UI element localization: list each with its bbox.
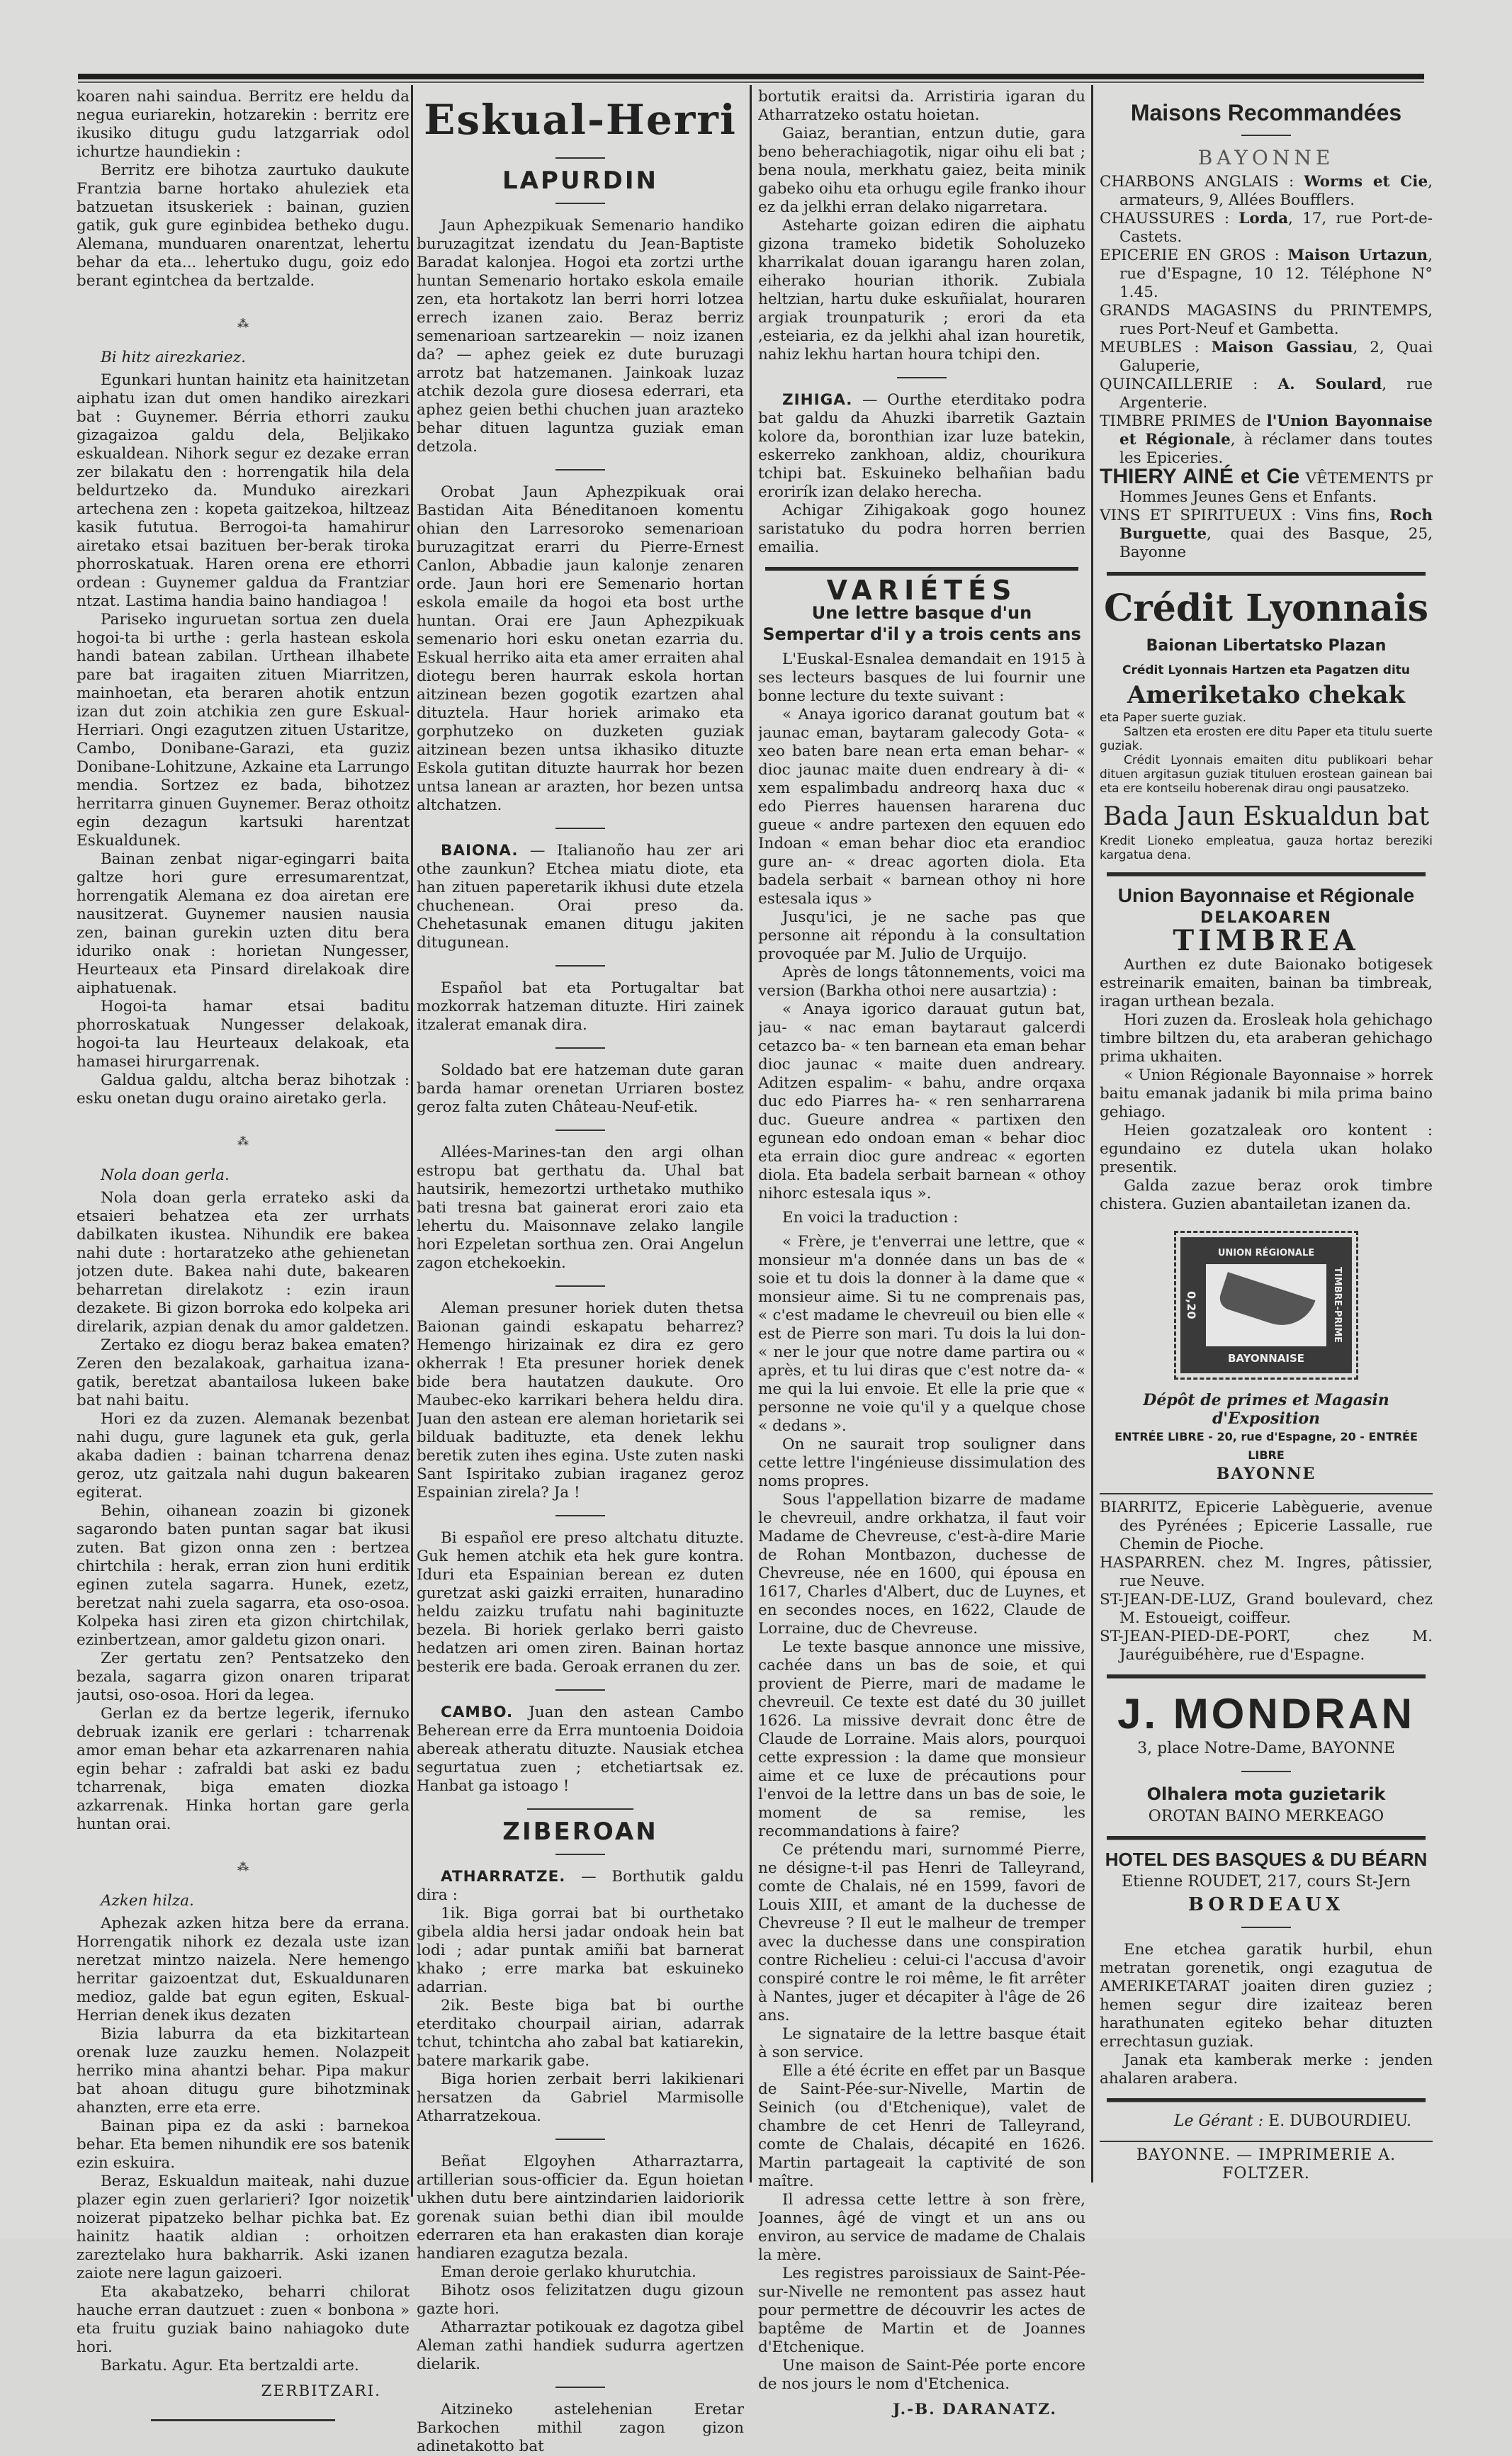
stamp-illustration: UNION RÉGIONALE 0,20 TIMBRE-PRIME BAYONN…	[1174, 1231, 1358, 1380]
listings: CHARBONS ANGLAIS : Worms et Cie, armateu…	[1100, 173, 1433, 468]
paragraph: Achigar Zihigakoak gogo hounez saristatu…	[758, 502, 1085, 557]
article-title: Une lettre basque d'un Sempertar d'il y …	[758, 602, 1085, 645]
paragraph: Aphezak azken hitza bere da errana. Horr…	[77, 1915, 410, 2025]
paragraph: Le signataire de la lettre basque était …	[758, 2025, 1085, 2062]
divider	[555, 828, 605, 829]
column-4-ads: Maisons Recommandées BAYONNE CHARBONS AN…	[1100, 88, 1433, 2183]
quote: « Anaya igorico darauat gutun bat, jau- …	[758, 1001, 1085, 1203]
section-heading: ZIBEROAN	[417, 1823, 744, 1841]
quote: « Anaya igorico daranat goutum bat « jau…	[758, 706, 1085, 908]
town-listing: HASPARREN. chez M. Ingres, pâtissier, ru…	[1100, 1554, 1433, 1591]
paragraph: koaren nahi saindua. Berritz ere heldu d…	[77, 88, 410, 162]
union-title: Union Bayonnaise et Régionale	[1100, 886, 1433, 905]
paragraph: BAIONA. — Italianoño hau zer ari othe za…	[417, 842, 744, 952]
paragraph: Soldado bat ere hatzeman dute garan bard…	[417, 1061, 744, 1117]
listing-item: CHAUSSURES : Lorda, 17, rue Port-de-Cast…	[1100, 210, 1433, 247]
printer-line: BAYONNE. — IMPRIMERIE A. FOLTZER.	[1100, 2146, 1433, 2183]
paragraph: Asteharte goizan ediren die aiphatu gizo…	[758, 217, 1085, 364]
paragraph: Elle a été écrite en effet par un Basque…	[758, 2062, 1085, 2191]
paragraph: Beñat Elgoyhen Atharraztarra, artilleria…	[417, 2153, 744, 2238]
paragraph: 2ik. Beste biga bat bi ourthe eterditako…	[417, 1997, 744, 2071]
column-3: bortutik eraitsi da. Arristiria igaran d…	[758, 88, 1085, 2238]
mondran-title: J. MONDRAN	[1100, 1689, 1433, 1740]
listing-thiery: THIERY AINÉ et Cie VÊTEMENTS pr Hommes J…	[1100, 468, 1433, 507]
paragraph: Zertako ez diogu beraz bakea ematen? Zer…	[77, 1336, 410, 1410]
paragraph: En voici la traduction :	[758, 1209, 1085, 1227]
paragraph: CAMBO. Juan den astean Cambo Beherean er…	[417, 1703, 744, 1796]
divider	[1241, 1927, 1291, 1928]
top-rule	[78, 74, 1424, 79]
paragraph: On ne saurait trop souligner dans cette …	[758, 1436, 1085, 1491]
divider	[555, 203, 605, 204]
section-heading: VARIÉTÉS	[758, 581, 1085, 599]
ad-address: Etienne ROUDET, 217, cours St-Jern	[1100, 1873, 1433, 1891]
paragraph: Jusqu'ici, je ne sache pas que personne …	[758, 908, 1085, 964]
ad-text: Hori zuzen da. Erosleak hola gehichago t…	[1100, 1011, 1433, 1066]
paragraph: Gerlan ez da bertze legerik, ifernuko de…	[77, 1705, 410, 1834]
stamp-top-text: UNION RÉGIONALE	[1206, 1244, 1326, 1263]
divider	[555, 1515, 605, 1516]
town-listing: ST-JEAN-PIED-DE-PORT, chez M. Jauréguibé…	[1100, 1628, 1433, 1664]
masthead-title: Eskual-Herri	[417, 95, 744, 145]
paragraph: Aleman presuner horiek duten thetsa Baio…	[417, 1300, 744, 1502]
paragraph: Biga horien zerbait berri lakikienari he…	[417, 2071, 744, 2126]
paragraph: Hogoi-ta hamar etsai baditu phorroskatua…	[77, 998, 410, 1071]
ad-text: eta Paper suerte guziak.	[1100, 711, 1433, 725]
divider	[1241, 1771, 1291, 1772]
ad-text: Kredit Lioneko empleatua, gauza hortaz b…	[1100, 834, 1433, 862]
paragraph: Jaun Aphezpikuak Semenario handiko buruz…	[417, 217, 744, 456]
ad-text: « Union Régionale Bayonnaise » horrek ba…	[1100, 1066, 1433, 1122]
city-heading: BAYONNE	[1100, 149, 1433, 167]
divider	[555, 1285, 605, 1287]
ad-text: Saltzen eta erosten ere ditu Paper eta t…	[1100, 725, 1433, 753]
town-listing: BIARRITZ, Epicerie Labèguerie, avenue de…	[1100, 1499, 1433, 1554]
paragraph: Nola doan gerla errateko aski da etsaier…	[77, 1189, 410, 1336]
ad-line: Crédit Lyonnais Hartzen eta Pagatzen dit…	[1100, 661, 1433, 680]
divider	[555, 157, 605, 159]
ad-headline: TIMBREA	[1100, 932, 1433, 950]
divider-ornament	[527, 1808, 633, 1810]
divider	[555, 1689, 605, 1691]
listing-item: CHARBONS ANGLAIS : Worms et Cie, armateu…	[1100, 173, 1433, 210]
listing-item: EPICERIE EN GROS : Maison Urtazun, rue d…	[1100, 247, 1433, 302]
paragraph: 1ik. Biga gorrai bat bi ourthetako gibel…	[417, 1905, 744, 1997]
ad-rule	[1107, 1836, 1426, 1840]
section-stars: ⁂	[77, 1858, 410, 1876]
paragraph: Ce prétendu mari, surnommé Pierre, ne dé…	[758, 1841, 1085, 2025]
credit-lyonnais-title: Crédit Lyonnais	[1100, 586, 1433, 631]
ad-rule	[1107, 572, 1426, 576]
ad-headline: Ameriketako chekak	[1100, 680, 1433, 711]
paragraph: ZIHIGA. — Ourthe eterditako podra bat ga…	[758, 391, 1085, 502]
column-2: Eskual-Herri LAPURDIN Jaun Aphezpikuak S…	[417, 88, 744, 2238]
column-rule	[750, 85, 752, 2182]
paragraph: Le texte basque annonce une missive, cac…	[758, 1638, 1085, 1841]
ad-text: Heien gozatzaleak oro kontent : egundain…	[1100, 1122, 1433, 1177]
ad-subtitle: Baionan Libertatsko Plazan	[1100, 637, 1433, 655]
ads-heading: Maisons Recommandées	[1100, 103, 1433, 122]
subheading: Azken hilza.	[101, 1892, 410, 1910]
ad-text: Galda zazue beraz orok timbre chistera. …	[1100, 1177, 1433, 1214]
subheading: Bi hitz airezkariez.	[101, 349, 410, 367]
divider	[555, 965, 605, 967]
column-rule	[411, 85, 413, 2197]
divider	[555, 1854, 605, 1855]
paragraph: Behin, oihanean zoazin bi gizonek sagaro…	[77, 1502, 410, 1650]
column-1: koaren nahi saindua. Berritz ere heldu d…	[77, 88, 410, 2238]
ad-text: Janak eta kamberak merke : jenden ahalar…	[1100, 2051, 1433, 2088]
section-stars: ⁂	[77, 315, 410, 333]
listing-item: TIMBRE PRIMES de l'Union Bayonnaise et R…	[1100, 412, 1433, 468]
ad-line: Olhalera mota guzietarik	[1100, 1785, 1433, 1803]
paragraph: Bi español ere preso altchatu dituzte. G…	[417, 1529, 744, 1677]
paragraph: bortutik eraitsi da. Arristiria igaran d…	[758, 88, 1085, 125]
newspaper-page: koaren nahi saindua. Berritz ere heldu d…	[0, 0, 1512, 2238]
paragraph: Bainan pipa ez da aski : barnekoa behar.…	[77, 2117, 410, 2173]
paragraph: Gaiaz, berantian, entzun dutie, gara ben…	[758, 125, 1085, 217]
divider	[1241, 135, 1291, 136]
dateline: ATHARRATZE.	[441, 1868, 565, 1886]
paragraph: Allées-Marines-tan den argi olhan estrop…	[417, 1144, 744, 1273]
gerant-line: Le Gérant : E. DUBOURDIEU.	[1100, 2112, 1411, 2131]
listing-item: QUINCAILLERIE : A. Soulard, rue Argenter…	[1100, 376, 1433, 412]
depot-city: BAYONNE	[1100, 1465, 1433, 1483]
ad-rule	[1107, 1674, 1426, 1679]
stamp-bottom-text: BAYONNAISE	[1206, 1349, 1326, 1368]
divider	[555, 469, 605, 471]
paragraph: Sous l'appellation bizarre de madame le …	[758, 1491, 1085, 1638]
stamp-side-text: TIMBRE-PRIME	[1332, 1266, 1346, 1345]
dateline: CAMBO.	[441, 1703, 513, 1721]
chistera-icon	[1217, 1272, 1315, 1334]
divider	[1100, 2141, 1433, 2142]
depot-line: Dépôt de primes et Magasin d'Exposition	[1100, 1391, 1433, 1428]
entree-line: ENTRÉE LIBRE - 20, rue d'Espagne, 20 - E…	[1100, 1428, 1433, 1465]
town-listing: ST-JEAN-DE-LUZ, Grand boulevard, chez M.…	[1100, 1591, 1433, 1628]
paragraph: Beraz, Eskualdun maiteak, nahi duzue pla…	[77, 2173, 410, 2238]
divider	[897, 377, 947, 378]
paragraph: Bizia laburra da eta bizkitartean orenak…	[77, 2025, 410, 2117]
paragraph: Egunkari huntan hainitz eta hainitzetan …	[77, 371, 410, 611]
section-stars: ⁂	[77, 1132, 410, 1151]
ad-text: Ene etchea garatik hurbil, ehun metratan…	[1100, 1941, 1433, 2051]
ad-rule	[1107, 2098, 1426, 2102]
paragraph: Bainan zenbat nigar-egingarri baita galt…	[77, 850, 410, 998]
divider	[555, 1047, 605, 1049]
ad-rule	[1107, 872, 1426, 877]
listing-item: GRANDS MAGASINS du PRINTEMPS, rues Port-…	[1100, 302, 1433, 339]
divider	[555, 2139, 605, 2140]
dateline: ZIHIGA.	[782, 391, 852, 409]
ad-city: BORDEAUX	[1100, 1895, 1433, 1914]
paragraph: Galdua galdu, altcha beraz bihotzak : es…	[77, 1071, 410, 1108]
top-rule-thin	[78, 81, 1424, 83]
listing-vins: VINS ET SPIRITUEUX : Vins fins, Roch Bur…	[1100, 507, 1433, 562]
divider	[555, 1130, 605, 1131]
paragraph: Orobat Jaun Aphezpikuak orai Bastidan Ai…	[417, 483, 744, 815]
paragraph: Il adressa cette lettre à son frère, Joa…	[758, 2191, 1085, 2238]
ad-line: OROTAN BAINO MERKEAGO	[1100, 1808, 1433, 1826]
paragraph: Pariseko inguruetan sortua zen duela hog…	[77, 611, 410, 850]
paragraph: Berritz ere bihotza zaurtuko daukute Fra…	[77, 162, 410, 291]
section-heading: LAPURDIN	[417, 171, 744, 190]
paragraph: Español bat eta Portugaltar bat mozkorra…	[417, 979, 744, 1035]
dateline: BAIONA.	[441, 842, 519, 860]
section-rule	[765, 567, 1078, 571]
subheading: Nola doan gerla.	[101, 1166, 410, 1185]
hotel-title: HOTEL DES BASQUES & DU BÉARN	[1100, 1850, 1433, 1869]
ad-text: Aurthen ez dute Baionako botigesek estre…	[1100, 956, 1433, 1011]
ad-text: Crédit Lyonnais emaiten ditu publikoari …	[1100, 753, 1433, 796]
paragraph: Après de longs tâtonnements, voici ma ve…	[758, 964, 1085, 1001]
paragraph: Hori ez da zuzen. Alemanak bezenbat nahi…	[77, 1410, 410, 1502]
ad-headline: Bada Jaun Eskualdun bat	[1100, 800, 1433, 834]
paragraph: Zer gertatu zen? Pentsatzeko den bezala,…	[77, 1650, 410, 1705]
paragraph: ATHARRATZE. — Borthutik galdu dira :	[417, 1868, 744, 1905]
ad-address: 3, place Notre-Dame, BAYONNE	[1100, 1740, 1433, 1758]
stamp-value: 0,20	[1186, 1266, 1200, 1345]
quote: « Frère, je t'enverrai une lettre, que «…	[758, 1233, 1085, 1436]
paragraph: L'Euskal-Esnalea demandait en 1915 à ses…	[758, 650, 1085, 706]
column-rule	[1091, 85, 1093, 2182]
listing-item: MEUBLES : Maison Gassiau, 2, Quai Galupe…	[1100, 339, 1433, 376]
divider	[1100, 1493, 1433, 1494]
